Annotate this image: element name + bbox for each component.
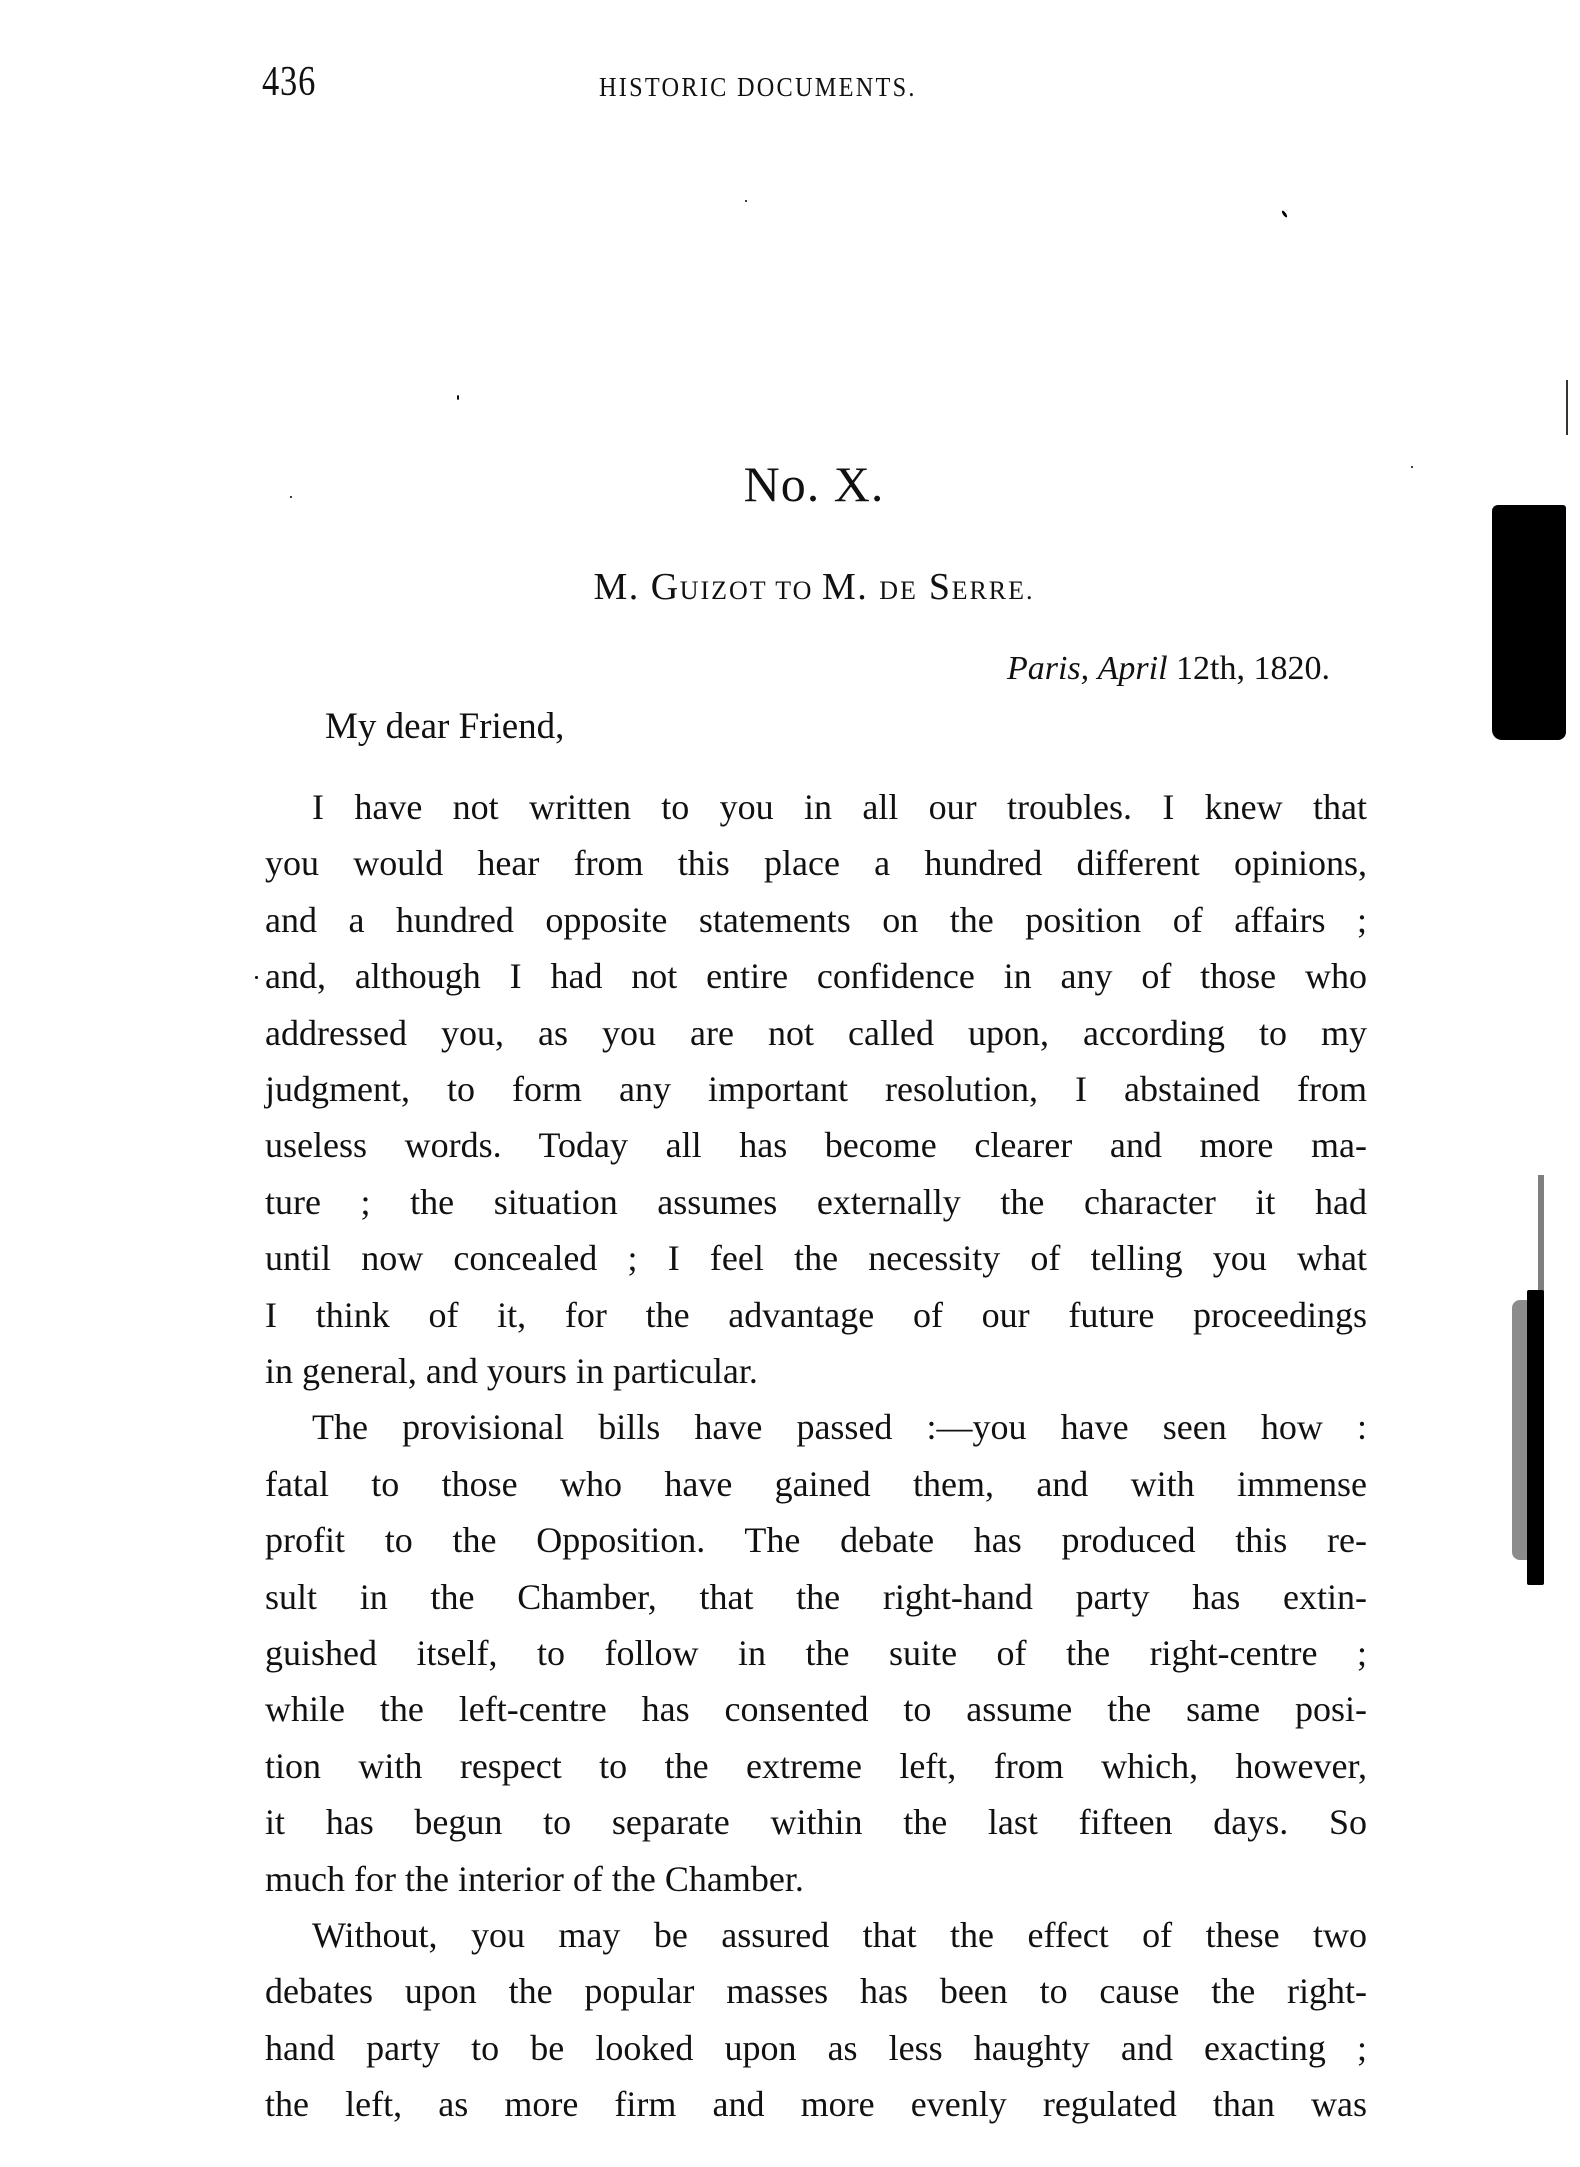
scan-speck xyxy=(1411,466,1413,468)
text-line-content: until now concealed ; I feel the necessi… xyxy=(265,1233,1367,1283)
text-line-content: fatal to those who have gained them, and… xyxy=(265,1459,1367,1509)
text-line: much for the interior of the Chamber. xyxy=(265,1854,1367,1904)
text-line-content: you would hear from this place a hundred… xyxy=(265,838,1367,888)
salutation: My dear Friend, xyxy=(325,705,564,748)
text-line-content: while the left-centre has consented to a… xyxy=(265,1684,1367,1734)
text-line-content: profit to the Opposition. The debate has… xyxy=(265,1515,1367,1565)
text-line-content: I think of it, for the advantage of our … xyxy=(265,1290,1367,1340)
running-head: 436 Historic Documents. xyxy=(262,58,1362,108)
text-line: The provisional bills have passed :—you … xyxy=(312,1402,1367,1452)
dateline-place: Paris, xyxy=(1007,650,1089,687)
text-line: Without, you may be assured that the eff… xyxy=(312,1910,1367,1960)
document-subtitle: M. Guizot to M. de Serre. xyxy=(0,565,1580,609)
running-title: Historic Documents. xyxy=(599,72,917,103)
subtitle-to-rest: erre. xyxy=(952,576,1035,605)
text-line: in general, and yours in particular. xyxy=(265,1346,1367,1396)
text-line-content: much for the interior of the Chamber. xyxy=(265,1854,1367,1904)
text-line: it has begun to separate within the last… xyxy=(265,1797,1367,1847)
text-line: judgment, to form any important resoluti… xyxy=(265,1064,1367,1114)
text-line: ture ; the situation assumes externally … xyxy=(265,1177,1367,1227)
scan-artifact-edge-mark xyxy=(1566,380,1568,435)
subtitle-to-particle: de xyxy=(879,576,918,605)
text-line-content: the left, as more firm and more evenly r… xyxy=(265,2079,1367,2129)
text-line: useless words. Today all has become clea… xyxy=(265,1120,1367,1170)
text-line-content: Without, you may be assured that the eff… xyxy=(312,1910,1367,1960)
text-line-content: debates upon the popular masses has been… xyxy=(265,1966,1367,2016)
text-line: debates upon the popular masses has been… xyxy=(265,1966,1367,2016)
text-line-content: and, although I had not entire confidenc… xyxy=(265,951,1367,1001)
text-line: guished itself, to follow in the suite o… xyxy=(265,1628,1367,1678)
text-line-content: useless words. Today all has become clea… xyxy=(265,1120,1367,1170)
text-line-content: guished itself, to follow in the suite o… xyxy=(265,1628,1367,1678)
text-line-content: I have not written to you in all our tro… xyxy=(312,782,1367,832)
text-line-content: hand party to be looked upon as less hau… xyxy=(265,2023,1367,2073)
dateline: Paris, April 12th, 1820. xyxy=(610,650,1330,688)
text-line: while the left-centre has consented to a… xyxy=(265,1684,1367,1734)
text-line-content: The provisional bills have passed :—you … xyxy=(312,1402,1367,1452)
text-line: and, although I had not entire confidenc… xyxy=(265,951,1367,1001)
subtitle-from-prefix: M. G xyxy=(593,566,679,608)
text-line-content: it has begun to separate within the last… xyxy=(265,1797,1367,1847)
text-line-content: tion with respect to the extreme left, f… xyxy=(265,1741,1367,1791)
text-line-content: sult in the Chamber, that the right-hand… xyxy=(265,1572,1367,1622)
text-line: you would hear from this place a hundred… xyxy=(265,838,1367,888)
text-line-content: judgment, to form any important resoluti… xyxy=(265,1064,1367,1114)
scan-speck xyxy=(457,395,459,400)
subtitle-connector: to xyxy=(767,576,822,605)
page-number: 436 xyxy=(262,58,316,106)
text-line-content: addressed you, as you are not called upo… xyxy=(265,1008,1367,1058)
text-line: hand party to be looked upon as less hau… xyxy=(265,2023,1367,2073)
scan-artifact-streak-top xyxy=(1538,1175,1544,1295)
text-line: the left, as more firm and more evenly r… xyxy=(265,2079,1367,2129)
text-line: I think of it, for the advantage of our … xyxy=(265,1290,1367,1340)
subtitle-to-initial: S xyxy=(918,566,952,608)
text-line-content: in general, and yours in particular. xyxy=(265,1346,1367,1396)
text-line: sult in the Chamber, that the right-hand… xyxy=(265,1572,1367,1622)
dateline-day: 12th, xyxy=(1176,650,1245,687)
text-line-content: and a hundred opposite statements on the… xyxy=(265,895,1367,945)
scanned-page: 436 Historic Documents. No. X. M. Guizot… xyxy=(0,0,1580,2167)
scan-speck xyxy=(1281,210,1288,218)
dateline-year: 1820. xyxy=(1254,650,1331,687)
dateline-day-text: 12th, xyxy=(1176,650,1245,687)
scan-speck xyxy=(255,976,258,979)
scan-speck xyxy=(290,496,292,498)
text-line: profit to the Opposition. The debate has… xyxy=(265,1515,1367,1565)
text-line-content: ture ; the situation assumes externally … xyxy=(265,1177,1367,1227)
text-line: tion with respect to the extreme left, f… xyxy=(265,1741,1367,1791)
scan-artifact-black-bar xyxy=(1492,505,1566,740)
text-line: until now concealed ; I feel the necessi… xyxy=(265,1233,1367,1283)
scan-speck xyxy=(745,200,747,202)
text-line: addressed you, as you are not called upo… xyxy=(265,1008,1367,1058)
text-line: fatal to those who have gained them, and… xyxy=(265,1459,1367,1509)
subtitle-from-rest: uizot xyxy=(680,576,768,605)
subtitle-to-prefix: M. xyxy=(822,566,879,608)
text-line: I have not written to you in all our tro… xyxy=(312,782,1367,832)
scan-artifact-streak-halo xyxy=(1512,1300,1534,1560)
dateline-month: April xyxy=(1098,650,1168,687)
text-line: and a hundred opposite statements on the… xyxy=(265,895,1367,945)
document-number: No. X. xyxy=(0,455,1580,513)
